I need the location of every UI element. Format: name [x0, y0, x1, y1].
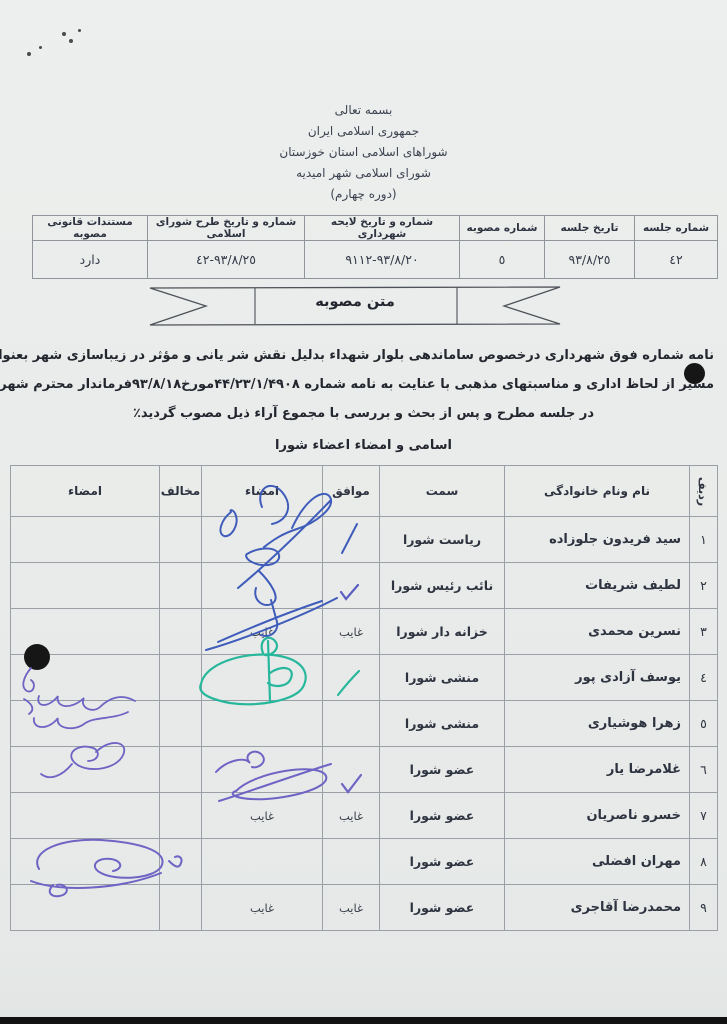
meta-header-session-date: تاریخ جلسه — [545, 216, 635, 241]
meta-value-resolution-no: ٥ — [460, 241, 545, 279]
members-header-signature2: امضاء — [11, 466, 160, 517]
meta-header-resolution-no: شماره مصوبه — [460, 216, 545, 241]
meta-header-legal-docs: مستندات قانونی مصوبه — [33, 216, 148, 241]
member-row: ٢ لطیف شریفات نائب رئیس شورا — [11, 563, 718, 609]
members-header-oppose: مخالف — [160, 466, 202, 517]
absent-label: غایب — [202, 609, 323, 655]
letterhead-term: (دوره چهارم) — [0, 184, 727, 205]
resolution-line3: در جلسه مطرح و پس از بحث و بررسی با مجمو… — [13, 399, 714, 428]
letterhead: بسمه تعالی جمهوری اسلامی ایران شوراهای ا… — [0, 100, 727, 205]
resolution-meta-table: شماره جلسه تاریخ جلسه شماره مصوبه شماره … — [32, 215, 718, 279]
meta-value-municipality-bill: ٩٣/٨/٢٠-٩١١٢ — [305, 241, 460, 279]
meta-value-session-no: ٤٢ — [635, 241, 718, 279]
meta-value-session-date: ٩٣/٨/٢٥ — [545, 241, 635, 279]
absent-label: غایب — [202, 793, 323, 839]
punch-hole — [24, 644, 50, 670]
letterhead-country: جمهوری اسلامی ایران — [0, 121, 727, 142]
members-header-agree: موافق — [323, 466, 380, 517]
absent-label: غایب — [323, 609, 380, 655]
meta-value-council-plan: ٩٣/٨/٢٥-٤٢ — [148, 241, 305, 279]
members-header-row: ردیف نام ونام خانوادگی سمت موافق امضاء م… — [11, 466, 718, 517]
absent-label: غایب — [323, 793, 380, 839]
meta-header-session-no: شماره جلسه — [635, 216, 718, 241]
members-header-position: سمت — [380, 466, 505, 517]
absent-label: غایب — [202, 885, 323, 931]
letterhead-province-councils: شوراهای اسلامی استان خوزستان — [0, 142, 727, 163]
resolution-line1: نامه شماره فوق شهرداری درخصوص ساماندهی ب… — [0, 341, 714, 370]
ink-speck — [39, 46, 42, 49]
banner-title: متن مصوبه — [148, 294, 562, 310]
meta-value-legal-docs: دارد — [33, 241, 148, 279]
ink-speck — [27, 52, 31, 56]
ink-speck — [78, 29, 81, 32]
letterhead-city-council: شورای اسلامی شهر امیدیه — [0, 163, 727, 184]
scan-edge-strip — [0, 1017, 727, 1024]
member-row: ٨ مهران افضلی عضو شورا — [11, 839, 718, 885]
member-row: ٥ زهرا هوشیاری منشی شورا — [11, 701, 718, 747]
members-header-signature: امضاء — [202, 466, 323, 517]
absent-label: غایب — [323, 885, 380, 931]
resolution-paragraph: نامه شماره فوق شهرداری درخصوص ساماندهی ب… — [13, 341, 714, 428]
meta-header-council-plan: شماره و تاریخ طرح شورای اسلامی — [148, 216, 305, 241]
meta-header-municipality-bill: شماره و تاریخ لایحه شهرداری — [305, 216, 460, 241]
members-header-rowno: ردیف — [690, 466, 718, 517]
member-row: ٧ خسرو ناصریان عضو شورا غایب غایب — [11, 793, 718, 839]
scanned-document-page: بسمه تعالی جمهوری اسلامی ایران شوراهای ا… — [0, 0, 727, 1024]
members-section-title: اسامی و امضاء اعضاء شورا — [0, 438, 727, 453]
member-row: ٣ نسرین محمدی خزانه دار شورا غایب غایب — [11, 609, 718, 655]
resolution-text-banner: متن مصوبه — [148, 285, 562, 327]
member-row: ٤ یوسف آزادی پور منشی شورا — [11, 655, 718, 701]
punch-hole — [684, 363, 705, 384]
resolution-line2: مسیر از لحاظ اداری و مناسبتهای مذهبی با … — [0, 370, 714, 399]
letterhead-basmala: بسمه تعالی — [0, 100, 727, 121]
member-row: ١ سید فریدون جلوزاده ریاست شورا — [11, 517, 718, 563]
ink-speck — [69, 39, 73, 43]
members-signature-table: ردیف نام ونام خانوادگی سمت موافق امضاء م… — [10, 465, 718, 931]
member-row: ٩ محمدرضا آقاجری عضو شورا غایب غایب — [11, 885, 718, 931]
members-header-name: نام ونام خانوادگی — [505, 466, 690, 517]
member-row: ٦ غلامرضا یار عضو شورا — [11, 747, 718, 793]
ink-speck — [62, 32, 66, 36]
